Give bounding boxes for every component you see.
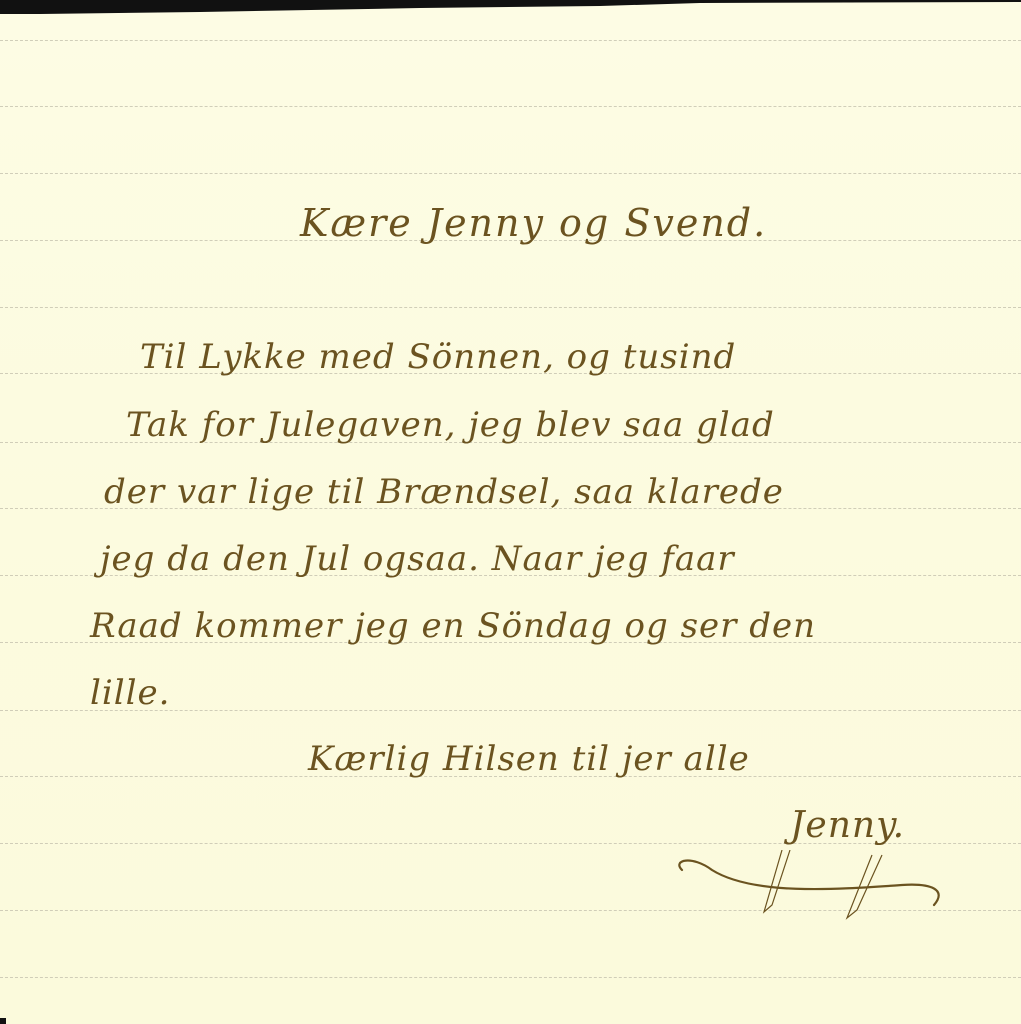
ruled-line	[0, 173, 1021, 174]
letter-greeting: Kære Jenny og Svend.	[300, 204, 767, 242]
letter-closing: Kærlig Hilsen til jer alle	[308, 742, 750, 776]
ruled-line	[0, 977, 1021, 978]
ruled-line	[0, 307, 1021, 308]
letter-paper: Kære Jenny og Svend. Til Lykke med Sönne…	[0, 0, 1021, 1024]
torn-top-edge	[0, 0, 1021, 14]
body-line-1: Til Lykke med Sönnen, og tusind	[140, 340, 736, 374]
body-line-5: Raad kommer jeg en Söndag og ser den	[90, 609, 816, 643]
ruled-line	[0, 106, 1021, 107]
body-line-6: lille.	[90, 676, 170, 710]
scan-corner-mark	[0, 1018, 6, 1024]
body-line-3: der var lige til Brændsel, saa klarede	[104, 475, 784, 509]
signature-flourish	[672, 850, 952, 920]
letter-signature: Jenny.	[790, 808, 905, 844]
body-line-4: jeg da den Jul ogsaa. Naar jeg faar	[100, 542, 735, 576]
body-line-2: Tak for Julegaven, jeg blev saa glad	[126, 408, 775, 442]
ruled-line	[0, 40, 1021, 41]
